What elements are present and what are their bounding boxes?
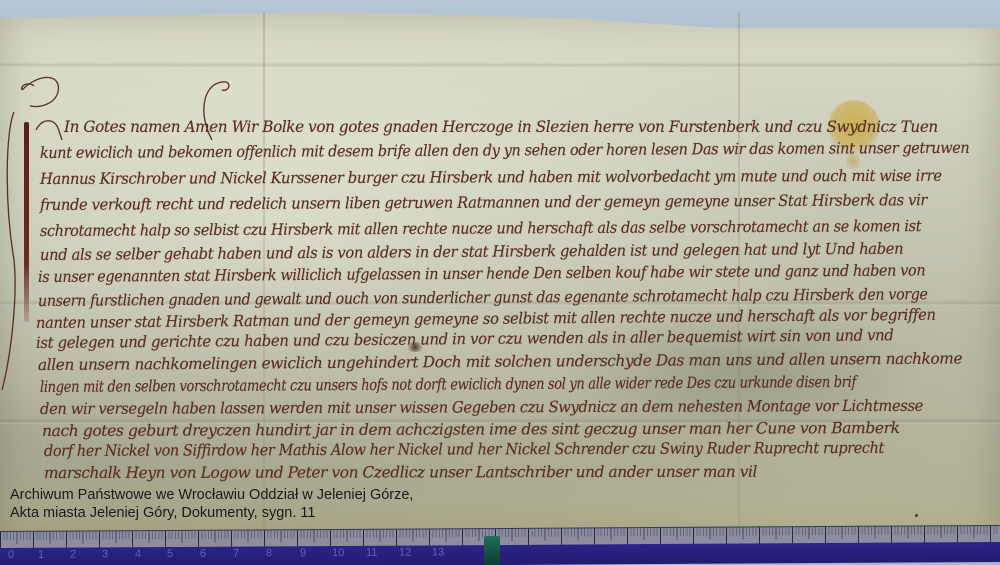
manuscript-line: marschalk Heyn von Logow und Peter von C… xyxy=(44,463,757,482)
ruler-number: 6 xyxy=(200,548,206,560)
ruler-number: 9 xyxy=(300,547,306,559)
archive-caption: Archiwum Państwowe we Wrocławiu Oddział … xyxy=(10,486,413,522)
green-clip xyxy=(484,536,500,565)
ruler-number: 2 xyxy=(70,549,76,561)
caption-line-archive: Archiwum Państwowe we Wrocławiu Oddział … xyxy=(10,486,413,504)
ruler-number: 13 xyxy=(432,546,444,558)
ruler-number: 8 xyxy=(266,547,272,559)
manuscript-line: Hannus Kirschrober und Nickel Kurssener … xyxy=(40,167,942,188)
ruler-number: 12 xyxy=(399,547,411,559)
ruler-number: 5 xyxy=(167,548,173,560)
ruler-number: 3 xyxy=(102,548,108,560)
manuscript-line: In Gotes namen Amen Wir Bolke von gotes … xyxy=(64,118,938,136)
manuscript-line: nach gotes geburt dreyczen hundirt jar i… xyxy=(42,419,900,440)
ruler-number: 7 xyxy=(233,548,239,560)
ruler-number: 11 xyxy=(366,547,377,559)
caption-line-signature: Akta miasta Jeleniej Góry, Dokumenty, sy… xyxy=(10,504,413,522)
ruler-number: 4 xyxy=(135,548,141,560)
archival-photograph: In Gotes namen Amen Wir Bolke von gotes … xyxy=(0,0,1000,565)
manuscript-line: den wir versegeln haben lassen werden mi… xyxy=(40,397,923,418)
ruler-number: 0 xyxy=(8,549,14,561)
ruler-number: 10 xyxy=(332,547,344,559)
manuscript-line: dorf her Nickel von Siffirdow her Mathis… xyxy=(44,439,884,460)
measuring-ruler: 0 1 2 3 4 5 6 7 8 9 10 11 12 13 xyxy=(0,525,1000,565)
ruler-number: 1 xyxy=(38,549,44,561)
